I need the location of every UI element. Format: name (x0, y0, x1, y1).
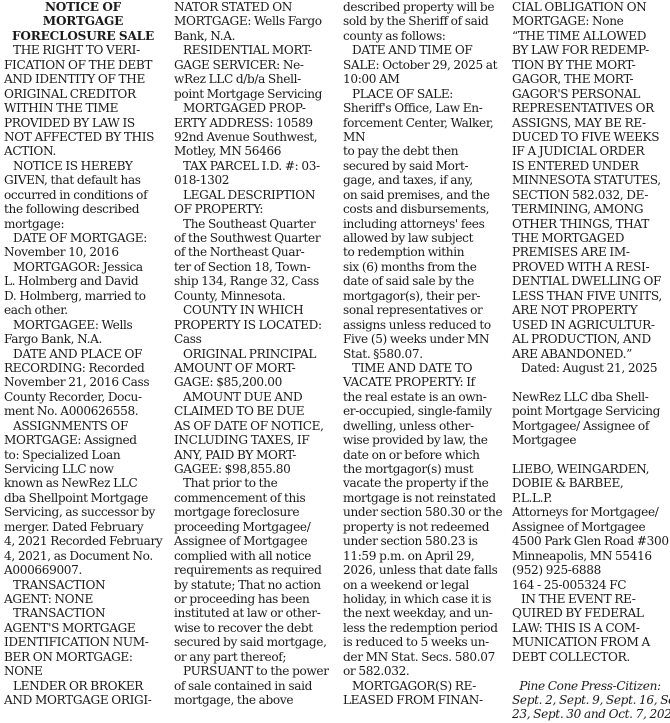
notice-text-line: MORTGAGOR(S) RE- (343, 679, 495, 693)
notice-text-line: DOBIE & BARBEE, (512, 476, 668, 490)
notice-text-line: ment No. A000626558. (4, 404, 162, 418)
notice-text-line: TRANSACTION (4, 606, 162, 620)
notice-text-line: MUNICATION FROM A (512, 635, 668, 649)
notice-text-line: wRez LLC d/b/a Shell- (174, 72, 324, 86)
notice-text-line: 4, 2021, as Document No. (4, 549, 162, 563)
notice-text-line: REPRESENTATIVES OR (512, 101, 668, 115)
notice-text-line: MINNESOTA STATUTES, (512, 173, 668, 187)
notice-text-line: holiday, in which case it is (343, 592, 495, 606)
notice-text-line: LESS THAN FIVE UNITS, (512, 289, 668, 303)
notice-text-line: Bank, N.A. (174, 29, 324, 43)
column-3: described property will besold by the Sh… (343, 0, 495, 707)
notice-text-line: IS ENTERED UNDER (512, 159, 668, 173)
notice-text-line: of sale contained in said (174, 679, 324, 693)
notice-text-line: six (6) months from the (343, 260, 495, 274)
notice-text-line: the next weekday, and un- (343, 606, 495, 620)
notice-title-line-3: FORECLOSURE SALE (4, 29, 162, 43)
notice-text-line: Minneapolis, MN 55416 (512, 549, 668, 563)
notice-text-line: is reduced to 5 weeks un- (343, 635, 495, 649)
notice-text-line: TIME AND DATE TO (343, 361, 495, 375)
notice-text-line: ORIGINAL CREDITOR (4, 87, 162, 101)
notice-text-line: BY LAW FOR REDEMP- (512, 43, 668, 57)
notice-text-line: Fargo Bank, N.A. (4, 332, 162, 346)
notice-text-line: of the Southwest Quarter (174, 231, 324, 245)
notice-text-line: AL PRODUCTION, AND (512, 332, 668, 346)
notice-text-line: 4, 2021 Recorded February (4, 534, 162, 548)
notice-text-line: DENTIAL DWELLING OF (512, 274, 668, 288)
notice-text-line: GAGOR'S PERSONAL (512, 87, 668, 101)
notice-text-line: assigns unless reduced to (343, 318, 495, 332)
notice-text-line: AMOUNT OF MORT- (174, 361, 324, 375)
notice-text-line: point Mortgage Servicing (174, 87, 324, 101)
notice-text-line: MORTGAGE: None (512, 14, 668, 28)
notice-text-line: date on or before which (343, 448, 495, 462)
blank-line (512, 375, 668, 389)
notice-text-line: Attorneys for Mortgagee/ (512, 505, 668, 519)
notice-text-line: ASSIGNMENTS OF (4, 419, 162, 433)
notice-text-line: MORTGAGE: Assigned (4, 433, 162, 447)
notice-text-line: COUNTY IN WHICH (174, 303, 324, 317)
notice-text-line: SALE: October 29, 2025 at (343, 58, 495, 72)
notice-text-line: USED IN AGRICULTUR- (512, 318, 668, 332)
notice-text-line: THE RIGHT TO VERI- (4, 43, 162, 57)
notice-text-line: under section 580.30 or the (343, 505, 495, 519)
notice-text-line: er-occupied, single-family (343, 404, 495, 418)
notice-text-line: mortgage is not reinstated (343, 491, 495, 505)
notice-text-line: BER ON MORTGAGE: (4, 650, 162, 664)
publication-dates-2: 23, Sept. 30 and Oct. 7, 2025 (512, 707, 668, 721)
notice-text-line: vacate the property if the (343, 476, 495, 490)
notice-text-line: GAGOR, THE MORT- (512, 72, 668, 86)
notice-text-line: GAGE: $85,200.00 (174, 375, 324, 389)
notice-text-line: AND MORTGAGE ORIGI- (4, 693, 162, 707)
column-1-body: THE RIGHT TO VERI-FICATION OF THE DEBTAN… (4, 43, 162, 707)
notice-text-line: TRANSACTION (4, 578, 162, 592)
notice-text-line: including attorneys' fees (343, 217, 495, 231)
notice-text-line: GAGEE: $98,855.80 (174, 462, 324, 476)
blank-line (512, 664, 668, 678)
notice-text-line: MN (343, 130, 495, 144)
notice-text-line: ASSIGNS, MAY BE RE- (512, 116, 668, 130)
notice-text-line: AGENT'S MORTGAGE (4, 621, 162, 635)
notice-text-line: gage, and taxes, if any, (343, 173, 495, 187)
notice-text-line: dba Shellpoint Mortgage (4, 491, 162, 505)
notice-text-line: costs and disbursements, (343, 202, 495, 216)
notice-text-line: ERTY ADDRESS: 10589 (174, 116, 324, 130)
notice-text-line: County, Minnesota. (174, 289, 324, 303)
notice-text-line: requirements as required (174, 563, 324, 577)
notice-text-line: D. Holmberg, married to (4, 289, 162, 303)
notice-text-line: ter of Section 18, Town- (174, 260, 324, 274)
notice-text-line: (952) 925-6888 (512, 563, 668, 577)
notice-text-line: CIAL OBLIGATION ON (512, 0, 668, 14)
notice-text-line: NOT AFFECTED BY THIS (4, 130, 162, 144)
notice-text-line: 10:00 AM (343, 72, 495, 86)
notice-text-line: QUIRED BY FEDERAL (512, 606, 668, 620)
notice-title-line-1: NOTICE OF (4, 0, 162, 14)
notice-text-line: MORTGAGEE: Wells (4, 318, 162, 332)
notice-text-line: secured by said mortgage, (174, 635, 324, 649)
notice-text-line: allowed by law subject (343, 231, 495, 245)
notice-text-line: Servicing, as successor by (4, 505, 162, 519)
notice-text-line: known as NewRez LLC (4, 476, 162, 490)
notice-text-line: LAW: THIS IS A COM- (512, 621, 668, 635)
notice-text-line: GIVEN, that default has (4, 173, 162, 187)
notice-text-line: OF PROPERTY: (174, 202, 324, 216)
notice-text-line: November 10, 2016 (4, 245, 162, 259)
notice-text-line: ARE ABANDONED.” (512, 347, 668, 361)
notice-text-line: TAX PARCEL I.D. #: 03- (174, 159, 324, 173)
notice-text-line: 11:59 p.m. on April 29, (343, 549, 495, 563)
notice-text-line: LEGAL DESCRIPTION (174, 188, 324, 202)
notice-text-line: 018-1302 (174, 173, 324, 187)
notice-text-line: SECTION 582.032, DE- (512, 188, 668, 202)
notice-text-line: instituted at law or other- (174, 606, 324, 620)
notice-text-line: Dated: August 21, 2025 (512, 361, 668, 375)
notice-text-line: ARE NOT PROPERTY (512, 303, 668, 317)
publication-paper: Pine Cone Press-Citizen: (512, 679, 668, 693)
notice-text-line: ANY, PAID BY MORT- (174, 448, 324, 462)
notice-text-line: Stat. §580.07. (343, 347, 495, 361)
column-3-body: described property will besold by the Sh… (343, 0, 495, 707)
notice-text-line: Cass (174, 332, 324, 346)
notice-text-line: Mortgagee (512, 433, 668, 447)
notice-text-line: VACATE PROPERTY: If (343, 375, 495, 389)
notice-text-line: secured by said Mort- (343, 159, 495, 173)
notice-text-line: PURSUANT to the power (174, 664, 324, 678)
notice-text-line: County Recorder, Docu- (4, 390, 162, 404)
notice-text-line: AND IDENTITY OF THE (4, 72, 162, 86)
notice-text-line: DATE AND TIME OF (343, 43, 495, 57)
notice-text-line: 92nd Avenue Southwest, (174, 130, 324, 144)
notice-text-line: sonal representatives or (343, 303, 495, 317)
notice-text-line: L. Holmberg and David (4, 274, 162, 288)
notice-text-line: under section 580.23 is (343, 534, 495, 548)
notice-text-line: Mortgagee/ Assignee of (512, 419, 668, 433)
notice-text-line: less the redemption period (343, 621, 495, 635)
column-2: NATOR STATED ONMORTGAGE: Wells FargoBank… (174, 0, 324, 707)
notice-text-line: commencement of this (174, 491, 324, 505)
notice-text-line: to: Specialized Loan (4, 448, 162, 462)
notice-text-line: mortgage: (4, 217, 162, 231)
notice-text-line: NOTICE IS HEREBY (4, 159, 162, 173)
column-1: NOTICE OF MORTGAGE FORECLOSURE SALE THE … (4, 0, 162, 707)
notice-text-line: complied with all notice (174, 549, 324, 563)
notice-text-line: sold by the Sheriff of said (343, 14, 495, 28)
notice-text-line: point Mortgage Servicing (512, 404, 668, 418)
notice-text-line: CLAIMED TO BE DUE (174, 404, 324, 418)
notice-text-line: ship 134, Range 32, Cass (174, 274, 324, 288)
notice-text-line: FICATION OF THE DEBT (4, 58, 162, 72)
notice-text-line: mortgagor(s), their per- (343, 289, 495, 303)
notice-text-line: INCLUDING TAXES, IF (174, 433, 324, 447)
notice-text-line: MORTGAGE: Wells Fargo (174, 14, 324, 28)
notice-text-line: NONE (4, 664, 162, 678)
notice-text-line: PLACE OF SALE: (343, 87, 495, 101)
notice-text-line: That prior to the (174, 476, 324, 490)
notice-text-line: or any part thereof; (174, 650, 324, 664)
notice-text-line: Sheriff's Office, Law En- (343, 101, 495, 115)
notice-text-line: The Southeast Quarter (174, 217, 324, 231)
notice-text-line: LENDER OR BROKER (4, 679, 162, 693)
notice-text-line: P.L.L.P. (512, 491, 668, 505)
notice-text-line: November 21, 2016 Cass (4, 375, 162, 389)
notice-text-line: Assignee of Mortgagee (174, 534, 324, 548)
notice-text-line: 164 - 25-005324 FC (512, 578, 668, 592)
notice-text-line: 4500 Park Glen Road #300 (512, 534, 668, 548)
notice-text-line: on a weekend or legal (343, 578, 495, 592)
column-4: CIAL OBLIGATION ONMORTGAGE: None“THE TIM… (512, 0, 668, 722)
notice-text-line: RESIDENTIAL MORT- (174, 43, 324, 57)
notice-text-line: A000669007. (4, 563, 162, 577)
notice-text-line: proceeding Mortgagee/ (174, 520, 324, 534)
notice-text-line: NewRez LLC dba Shell- (512, 390, 668, 404)
notice-text-line: date of said sale by the (343, 274, 495, 288)
publication-dates-1: Sept. 2, Sept. 9, Sept. 16, Sept. (512, 693, 668, 707)
column-2-body: NATOR STATED ONMORTGAGE: Wells FargoBank… (174, 0, 324, 707)
notice-text-line: of the Northeast Quar- (174, 245, 324, 259)
notice-text-line: MORTGAGED PROP- (174, 101, 324, 115)
notice-text-line: or 582.032. (343, 664, 495, 678)
notice-text-line: PROPERTY IS LOCATED: (174, 318, 324, 332)
notice-text-line: described property will be (343, 0, 495, 14)
notice-text-line: by statute; That no action (174, 578, 324, 592)
notice-text-line: PROVED WITH A RESI- (512, 260, 668, 274)
notice-text-line: Motley, MN 56466 (174, 144, 324, 158)
notice-text-line: on said premises, and the (343, 188, 495, 202)
notice-text-line: TERMINING, AMONG (512, 202, 668, 216)
notice-text-line: OTHER THINGS, THAT (512, 217, 668, 231)
notice-text-line: the mortgagor(s) must (343, 462, 495, 476)
notice-text-line: 2026, unless that date falls (343, 563, 495, 577)
notice-text-line: IN THE EVENT RE- (512, 592, 668, 606)
notice-text-line: Assignee of Mortgagee (512, 520, 668, 534)
notice-text-line: each other. (4, 303, 162, 317)
notice-text-line: der MN Stat. Secs. 580.07 (343, 650, 495, 664)
notice-text-line: DEBT COLLECTOR. (512, 650, 668, 664)
notice-text-line: DATE AND PLACE OF (4, 347, 162, 361)
notice-text-line: to redemption within (343, 245, 495, 259)
notice-text-line: property is not redeemed (343, 520, 495, 534)
notice-text-line: to pay the debt then (343, 144, 495, 158)
notice-text-line: occurred in conditions of (4, 188, 162, 202)
notice-text-line: TION BY THE MORT- (512, 58, 668, 72)
notice-text-line: Five (5) weeks under MN (343, 332, 495, 346)
notice-title-line-2: MORTGAGE (4, 14, 162, 28)
notice-text-line: GAGE SERVICER: Ne- (174, 58, 324, 72)
notice-text-line: AS OF DATE OF NOTICE, (174, 419, 324, 433)
notice-text-line: PREMISES ARE IM- (512, 245, 668, 259)
notice-text-line: MORTGAGOR: Jessica (4, 260, 162, 274)
notice-text-line: merger. Dated February (4, 520, 162, 534)
notice-text-line: wise provided by law, the (343, 433, 495, 447)
notice-text-line: THE MORTGAGED (512, 231, 668, 245)
notice-text-line: LEASED FROM FINAN- (343, 693, 495, 707)
notice-text-line: PROVIDED BY LAW IS (4, 116, 162, 130)
notice-text-line: NATOR STATED ON (174, 0, 324, 14)
notice-text-line: RECORDING: Recorded (4, 361, 162, 375)
notice-text-line: the real estate is an own- (343, 390, 495, 404)
notice-text-line: wise to recover the debt (174, 621, 324, 635)
notice-text-line: ACTION. (4, 144, 162, 158)
notice-text-line: WITHIN THE TIME (4, 101, 162, 115)
blank-line (512, 448, 668, 462)
notice-text-line: AMOUNT DUE AND (174, 390, 324, 404)
notice-text-line: IDENTIFICATION NUM- (4, 635, 162, 649)
notice-text-line: forcement Center, Walker, (343, 116, 495, 130)
notice-text-line: “THE TIME ALLOWED (512, 29, 668, 43)
column-4-body: CIAL OBLIGATION ONMORTGAGE: None“THE TIM… (512, 0, 668, 679)
notice-text-line: or proceeding has been (174, 592, 324, 606)
notice-text-line: ORIGINAL PRINCIPAL (174, 347, 324, 361)
notice-text-line: mortgage foreclosure (174, 505, 324, 519)
notice-text-line: mortgage, the above (174, 693, 324, 707)
notice-text-line: dwelling, unless other- (343, 419, 495, 433)
notice-text-line: LIEBO, WEINGARDEN, (512, 462, 668, 476)
notice-text-line: AGENT: NONE (4, 592, 162, 606)
notice-text-line: county as follows: (343, 29, 495, 43)
notice-text-line: the following described (4, 202, 162, 216)
notice-text-line: IF A JUDICIAL ORDER (512, 144, 668, 158)
notice-text-line: DATE OF MORTGAGE: (4, 231, 162, 245)
notice-text-line: Servicing LLC now (4, 462, 162, 476)
notice-text-line: DUCED TO FIVE WEEKS (512, 130, 668, 144)
